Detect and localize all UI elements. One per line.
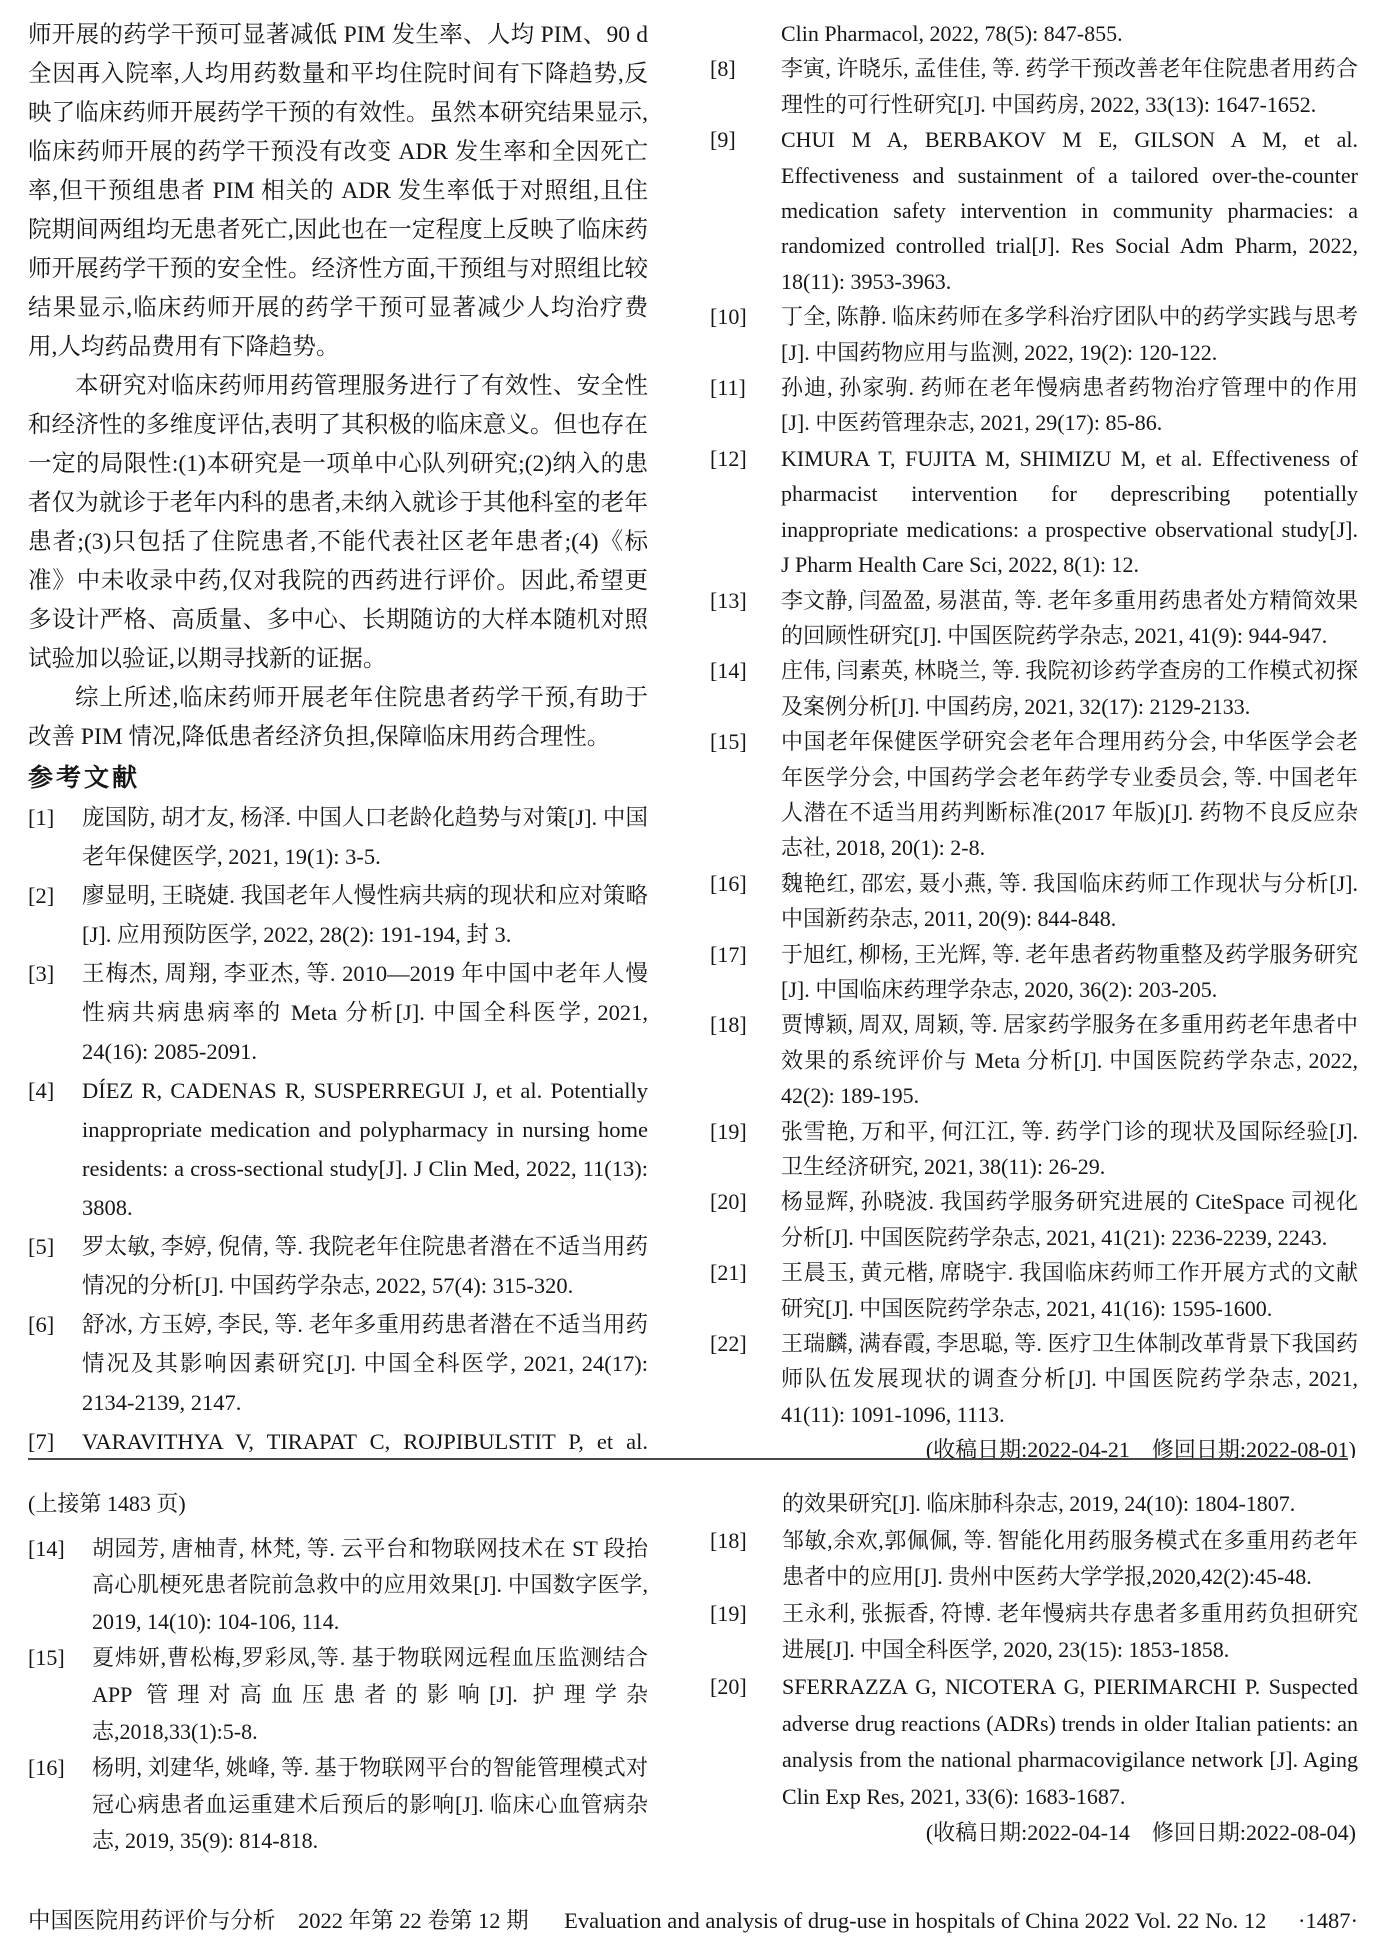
reference-item: [15] 中国老年保健医学研究会老年合理用药分会, 中华医学会老年医学分会, 中…	[710, 724, 1358, 866]
reference-number: [14]	[710, 653, 781, 688]
main-content: 师开展的药学干预可显著减低 PIM 发生率、人均 PIM、90 d 全因再入院率…	[28, 16, 1358, 1458]
discussion-paragraph-limitations: 本研究对临床药师用药管理服务进行了有效性、安全性和经济性的多维度评估,表明了其积…	[28, 367, 648, 679]
reference-text: 胡园芳, 唐柚青, 林梵, 等. 云平台和物联网技术在 ST 段抬高心肌梗死患者…	[92, 1531, 648, 1641]
reference-item: [16] 杨明, 刘建华, 姚峰, 等. 基于物联网平台的智能管理模式对冠心病患…	[28, 1750, 648, 1858]
received-revised-dates: (收稿日期:2022-04-14 修回日期:2022-08-04)	[710, 1815, 1358, 1852]
reference-number: [5]	[28, 1227, 82, 1266]
reference-text: 邹敏,余欢,郭佩佩, 等. 智能化用药服务模式在多重用药老年患者中的应用[J].…	[782, 1523, 1358, 1596]
reference-number: [14]	[28, 1531, 92, 1568]
reference-text: 于旭红, 柳杨, 王光辉, 等. 老年患者药物重整及药学服务研究[J]. 中国临…	[781, 937, 1358, 1008]
journal-page: 师开展的药学干预可显著减低 PIM 发生率、人均 PIM、90 d 全因再入院率…	[0, 0, 1375, 1938]
reference-number: [10]	[710, 299, 781, 334]
reference-item: [12] KIMURA T, FUJITA M, SHIMIZU M, et a…	[710, 441, 1358, 583]
reference-text: 贾博颖, 周双, 周颖, 等. 居家药学服务在多重用药老年患者中效果的系统评价与…	[781, 1007, 1358, 1113]
reference-item: [20] SFERRAZZA G, NICOTERA G, PIERIMARCH…	[710, 1669, 1358, 1815]
reference-item: [3] 王梅杰, 周翔, 李亚杰, 等. 2010—2019 年中国中老年人慢性…	[28, 954, 648, 1071]
journal-title-chinese: 中国医院用药评价与分析 2022 年第 22 卷第 12 期	[28, 1904, 529, 1938]
reference-text: 王晨玉, 黄元楷, 席晓宇. 我国临床药师工作开展方式的文献研究[J]. 中国医…	[781, 1255, 1358, 1326]
reference-number: [1]	[28, 798, 82, 837]
reference-item: [1] 庞国防, 胡才友, 杨泽. 中国人口老龄化趋势与对策[J]. 中国老年保…	[28, 798, 648, 876]
reference-number: [4]	[28, 1071, 82, 1110]
reference-number: [17]	[710, 937, 781, 972]
reference-text: 中国老年保健医学研究会老年合理用药分会, 中华医学会老年医学分会, 中国药学会老…	[781, 724, 1358, 866]
reference-number: [13]	[710, 583, 781, 618]
reference-item: [18] 邹敏,余欢,郭佩佩, 等. 智能化用药服务模式在多重用药老年患者中的应…	[710, 1523, 1358, 1596]
reference-number: [20]	[710, 1669, 782, 1706]
reference-item: [4] DÍEZ R, CADENAS R, SUSPERREGUI J, et…	[28, 1071, 648, 1227]
reference-number: [22]	[710, 1326, 781, 1361]
reference-7-continuation: Clin Pharmacol, 2022, 78(5): 847-855.	[710, 16, 1358, 51]
continued-from-note: (上接第 1483 页)	[28, 1486, 648, 1523]
reference-item: [13] 李文静, 闫盈盈, 易湛苗, 等. 老年多重用药患者处方精简效果的回顾…	[710, 583, 1358, 654]
reference-item: [22] 王瑞麟, 满春霞, 李思聪, 等. 医疗卫生体制改革背景下我国药师队伍…	[710, 1326, 1358, 1432]
reference-text: 庞国防, 胡才友, 杨泽. 中国人口老龄化趋势与对策[J]. 中国老年保健医学,…	[82, 798, 648, 876]
journal-title-english: Evaluation and analysis of drug-use in h…	[564, 1908, 1266, 1933]
reference-list-right: [8] 李寅, 许晓乐, 孟佳佳, 等. 药学干预改善老年住院患者用药合理性的可…	[710, 51, 1358, 1432]
reference-text: 张雪艳, 万和平, 何江江, 等. 药学门诊的现状及国际经验[J]. 卫生经济研…	[781, 1114, 1358, 1185]
reference-text: 孙迪, 孙家驹. 药师在老年慢病患者药物治疗管理中的作用[J]. 中医药管理杂志…	[781, 370, 1358, 441]
reference-item: [14] 庄伟, 闫素英, 林晓兰, 等. 我院初诊药学查房的工作模式初探及案例…	[710, 653, 1358, 724]
reference-text: 王梅杰, 周翔, 李亚杰, 等. 2010—2019 年中国中老年人慢性病共病患…	[82, 954, 648, 1071]
page-footer: 中国医院用药评价与分析 2022 年第 22 卷第 12 期 Evaluatio…	[28, 1904, 1358, 1938]
reference-number: [19]	[710, 1596, 782, 1633]
reference-number: [6]	[28, 1305, 82, 1344]
reference-number: [18]	[710, 1523, 782, 1560]
reference-text: 庄伟, 闫素英, 林晓兰, 等. 我院初诊药学查房的工作模式初探及案例分析[J]…	[781, 653, 1358, 724]
continued-reference-list-left: [14] 胡园芳, 唐柚青, 林梵, 等. 云平台和物联网技术在 ST 段抬高心…	[28, 1531, 648, 1858]
received-revised-dates: (收稿日期:2022-04-21 修回日期:2022-08-01)	[710, 1432, 1358, 1458]
reference-text: SFERRAZZA G, NICOTERA G, PIERIMARCHI P. …	[782, 1669, 1358, 1815]
reference-item: [6] 舒冰, 方玉婷, 李民, 等. 老年多重用药患者潜在不适当用药情况及其影…	[28, 1305, 648, 1422]
reference-text: 魏艳红, 邵宏, 聂小燕, 等. 我国临床药师工作现状与分析[J]. 中国新药杂…	[781, 866, 1358, 937]
main-right-column: Clin Pharmacol, 2022, 78(5): 847-855. [8…	[710, 16, 1358, 1458]
reference-number: [16]	[28, 1750, 92, 1787]
continued-reference-list-right: [18] 邹敏,余欢,郭佩佩, 等. 智能化用药服务模式在多重用药老年患者中的应…	[710, 1523, 1358, 1816]
reference-item: [10] 丁全, 陈静. 临床药师在多学科治疗团队中的药学实践与思考[J]. 中…	[710, 299, 1358, 370]
references-heading: 参考文献	[28, 759, 648, 797]
reference-text: 丁全, 陈静. 临床药师在多学科治疗团队中的药学实践与思考[J]. 中国药物应用…	[781, 299, 1358, 370]
reference-text: 李文静, 闫盈盈, 易湛苗, 等. 老年多重用药患者处方精简效果的回顾性研究[J…	[781, 583, 1358, 654]
reference-text: 杨明, 刘建华, 姚峰, 等. 基于物联网平台的智能管理模式对冠心病患者血运重建…	[92, 1750, 648, 1858]
reference-item: [9] CHUI M A, BERBAKOV M E, GILSON A M, …	[710, 122, 1358, 299]
reference-number: [19]	[710, 1114, 781, 1149]
column-gap	[648, 16, 710, 1458]
journal-title-english-block: Evaluation and analysis of drug-use in h…	[564, 1904, 1358, 1938]
reference-text: 杨显辉, 孙晓波. 我国药学服务研究进展的 CiteSpace 司视化分析[J]…	[781, 1184, 1358, 1255]
continued-article-section: (上接第 1483 页) [14] 胡园芳, 唐柚青, 林梵, 等. 云平台和物…	[28, 1486, 1358, 1858]
reference-item: [15] 夏炜妍,曹松梅,罗彩凤,等. 基于物联网远程血压监测结合 APP 管理…	[28, 1640, 648, 1750]
reference-item: [16] 魏艳红, 邵宏, 聂小燕, 等. 我国临床药师工作现状与分析[J]. …	[710, 866, 1358, 937]
continued-left-column: (上接第 1483 页) [14] 胡园芳, 唐柚青, 林梵, 等. 云平台和物…	[28, 1486, 648, 1858]
discussion-paragraph-continued: 师开展的药学干预可显著减低 PIM 发生率、人均 PIM、90 d 全因再入院率…	[28, 16, 648, 367]
main-left-column: 师开展的药学干预可显著减低 PIM 发生率、人均 PIM、90 d 全因再入院率…	[28, 16, 648, 1458]
reference-text: 王瑞麟, 满春霞, 李思聪, 等. 医疗卫生体制改革背景下我国药师队伍发展现状的…	[781, 1326, 1358, 1432]
reference-text: KIMURA T, FUJITA M, SHIMIZU M, et al. Ef…	[781, 441, 1358, 583]
reference-text: 舒冰, 方玉婷, 李民, 等. 老年多重用药患者潜在不适当用药情况及其影响因素研…	[82, 1305, 648, 1422]
reference-item: [7] VARAVITHYA V, TIRAPAT C, ROJPIBULSTI…	[28, 1422, 648, 1458]
reference-text: DÍEZ R, CADENAS R, SUSPERREGUI J, et al.…	[82, 1071, 648, 1227]
reference-text: 李寅, 许晓乐, 孟佳佳, 等. 药学干预改善老年住院患者用药合理性的可行性研究…	[781, 51, 1358, 122]
reference-item: [8] 李寅, 许晓乐, 孟佳佳, 等. 药学干预改善老年住院患者用药合理性的可…	[710, 51, 1358, 122]
reference-item: [5] 罗太敏, 李婷, 倪倩, 等. 我院老年住院患者潜在不适当用药情况的分析…	[28, 1227, 648, 1305]
continued-right-column: 的效果研究[J]. 临床肺科杂志, 2019, 24(10): 1804-180…	[710, 1486, 1358, 1858]
section-divider-rule	[28, 1458, 1348, 1460]
reference-item: [2] 廖显明, 王晓婕. 我国老年人慢性病共病的现状和应对策略[J]. 应用预…	[28, 876, 648, 954]
reference-number: [18]	[710, 1007, 781, 1042]
reference-item: [17] 于旭红, 柳杨, 王光辉, 等. 老年患者药物重整及药学服务研究[J]…	[710, 937, 1358, 1008]
reference-number: [20]	[710, 1184, 781, 1219]
page-number: ·1487·	[1298, 1908, 1358, 1933]
reference-number: [16]	[710, 866, 781, 901]
reference-number: [11]	[710, 370, 781, 405]
reference-item: [21] 王晨玉, 黄元楷, 席晓宇. 我国临床药师工作开展方式的文献研究[J]…	[710, 1255, 1358, 1326]
reference-item: [18] 贾博颖, 周双, 周颖, 等. 居家药学服务在多重用药老年患者中效果的…	[710, 1007, 1358, 1113]
reference-number: [9]	[710, 122, 781, 157]
reference-item: [19] 王永利, 张振香, 符博. 老年慢病共存患者多重用药负担研究进展[J]…	[710, 1596, 1358, 1669]
reference-number: [3]	[28, 954, 82, 993]
reference-number: [2]	[28, 876, 82, 915]
reference-text: 廖显明, 王晓婕. 我国老年人慢性病共病的现状和应对策略[J]. 应用预防医学,…	[82, 876, 648, 954]
reference-list-left: [1] 庞国防, 胡才友, 杨泽. 中国人口老龄化趋势与对策[J]. 中国老年保…	[28, 798, 648, 1458]
reference-item: [20] 杨显辉, 孙晓波. 我国药学服务研究进展的 CiteSpace 司视化…	[710, 1184, 1358, 1255]
reference-text: 罗太敏, 李婷, 倪倩, 等. 我院老年住院患者潜在不适当用药情况的分析[J].…	[82, 1227, 648, 1305]
reference-number: [7]	[28, 1422, 82, 1458]
column-gap	[648, 1486, 710, 1858]
reference-number: [8]	[710, 51, 781, 86]
reference-17-continuation: 的效果研究[J]. 临床肺科杂志, 2019, 24(10): 1804-180…	[710, 1486, 1358, 1523]
reference-number: [15]	[28, 1640, 92, 1677]
reference-text: VARAVITHYA V, TIRAPAT C, ROJPIBULSTIT P,…	[82, 1422, 648, 1458]
reference-item: [11] 孙迪, 孙家驹. 药师在老年慢病患者药物治疗管理中的作用[J]. 中医…	[710, 370, 1358, 441]
reference-text: 王永利, 张振香, 符博. 老年慢病共存患者多重用药负担研究进展[J]. 中国全…	[782, 1596, 1358, 1669]
conclusion-paragraph: 综上所述,临床药师开展老年住院患者药学干预,有助于改善 PIM 情况,降低患者经…	[28, 679, 648, 757]
reference-item: [19] 张雪艳, 万和平, 何江江, 等. 药学门诊的现状及国际经验[J]. …	[710, 1114, 1358, 1185]
reference-number: [21]	[710, 1255, 781, 1290]
reference-number: [12]	[710, 441, 781, 476]
reference-item: [14] 胡园芳, 唐柚青, 林梵, 等. 云平台和物联网技术在 ST 段抬高心…	[28, 1531, 648, 1641]
reference-text: CHUI M A, BERBAKOV M E, GILSON A M, et a…	[781, 122, 1358, 299]
reference-text: 夏炜妍,曹松梅,罗彩凤,等. 基于物联网远程血压监测结合 APP 管理对高血压患…	[92, 1640, 648, 1750]
reference-number: [15]	[710, 724, 781, 759]
